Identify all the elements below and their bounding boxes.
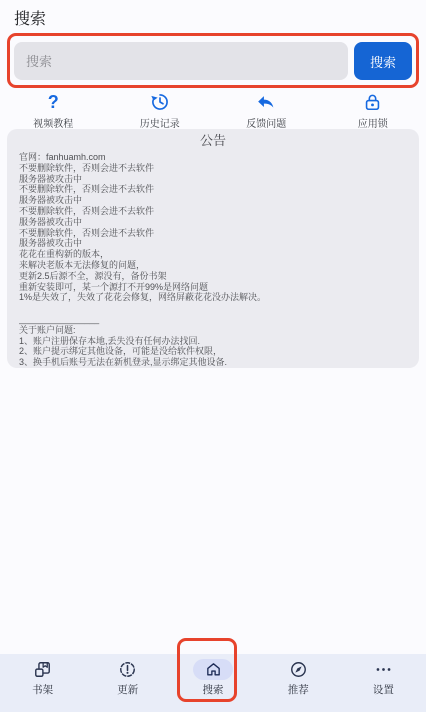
announcement-line: 重新安装即可，某一个源打不开99%是网络问题 [19, 282, 407, 293]
announcement-line: 更新2.5后源不全，源没有，备份书架 [19, 271, 407, 282]
announcement-line: 服务器被攻击中 [19, 217, 407, 228]
nav-item-search[interactable]: 搜索 [170, 654, 255, 712]
announcement-line: 3、换手机后账号无法在新机登录,显示绑定其他设备. [19, 357, 407, 368]
announcement-card: 公告 官网：fanhuamh.com 不要删除软件，否则会进不去软件 服务器被攻… [7, 129, 419, 368]
nav-item-recommend[interactable]: 推荐 [256, 654, 341, 712]
quick-action-app-lock[interactable]: 应用锁 [320, 91, 426, 130]
announcement-line: 关于账户问题: [19, 325, 407, 336]
nav-item-label: 推荐 [288, 682, 309, 697]
announcement-line: 服务器被攻击中 [19, 238, 407, 249]
announcement-line [19, 303, 407, 314]
nav-item-label: 书架 [32, 682, 53, 697]
page-title: 搜索 [14, 6, 46, 29]
bookshelf-icon [23, 659, 63, 680]
bottom-nav: 书架 更新 搜索 [0, 654, 426, 712]
announcement-line: 不要删除软件，否则会进不去软件 [19, 184, 407, 195]
quick-action-label: 应用锁 [358, 115, 388, 130]
announcement-line: 花花在重构新的版本， [19, 249, 407, 260]
lock-icon [363, 91, 382, 113]
announcement-line: 官网：fanhuamh.com [19, 152, 407, 163]
announcement-line: 1、账户注册保存本地,丢失没有任何办法找回. [19, 336, 407, 347]
search-button[interactable]: 搜索 [354, 42, 412, 80]
quick-action-label: 视频教程 [33, 115, 73, 130]
announcement-title: 公告 [19, 132, 407, 150]
quick-action-label: 反馈问题 [246, 115, 286, 130]
update-icon [108, 659, 148, 680]
announcement-line: 不要删除软件，否则会进不去软件 [19, 228, 407, 239]
nav-item-update[interactable]: 更新 [85, 654, 170, 712]
announcement-line: 不要删除软件，否则会进不去软件 [19, 206, 407, 217]
quick-actions-row: ? 视频教程 历史记录 反馈问题 [0, 91, 426, 130]
nav-item-settings[interactable]: 设置 [341, 654, 426, 712]
question-icon: ? [48, 91, 59, 113]
home-icon [193, 659, 233, 680]
search-input[interactable] [14, 42, 348, 80]
announcement-line: ________________ [19, 314, 407, 325]
compass-icon [278, 659, 318, 680]
nav-item-bookshelf[interactable]: 书架 [0, 654, 85, 712]
quick-action-video-tutorial[interactable]: ? 视频教程 [0, 91, 107, 130]
announcement-line: 服务器被攻击中 [19, 174, 407, 185]
announcement-line: 2、账户提示绑定其他设备，可能是没给软件权限， [19, 346, 407, 357]
reply-icon [256, 91, 276, 113]
nav-item-label: 设置 [373, 682, 394, 697]
nav-item-label: 更新 [117, 682, 138, 697]
nav-item-label: 搜索 [203, 682, 224, 697]
more-icon [363, 659, 403, 680]
quick-action-feedback[interactable]: 反馈问题 [213, 91, 320, 130]
app-screen: 搜索 搜索 ? 视频教程 历史记录 反馈问题 [0, 0, 426, 712]
announcement-line: 来解决老版本无法修复的问题， [19, 260, 407, 271]
history-icon [150, 91, 170, 113]
announcement-line: 1%是失效了，失效了花花会修复，网络屏蔽花花没办法解决。 [19, 292, 407, 303]
quick-action-history[interactable]: 历史记录 [107, 91, 214, 130]
quick-action-label: 历史记录 [140, 115, 180, 130]
announcement-line: 不要删除软件，否则会进不去软件 [19, 163, 407, 174]
announcement-line: 服务器被攻击中 [19, 195, 407, 206]
